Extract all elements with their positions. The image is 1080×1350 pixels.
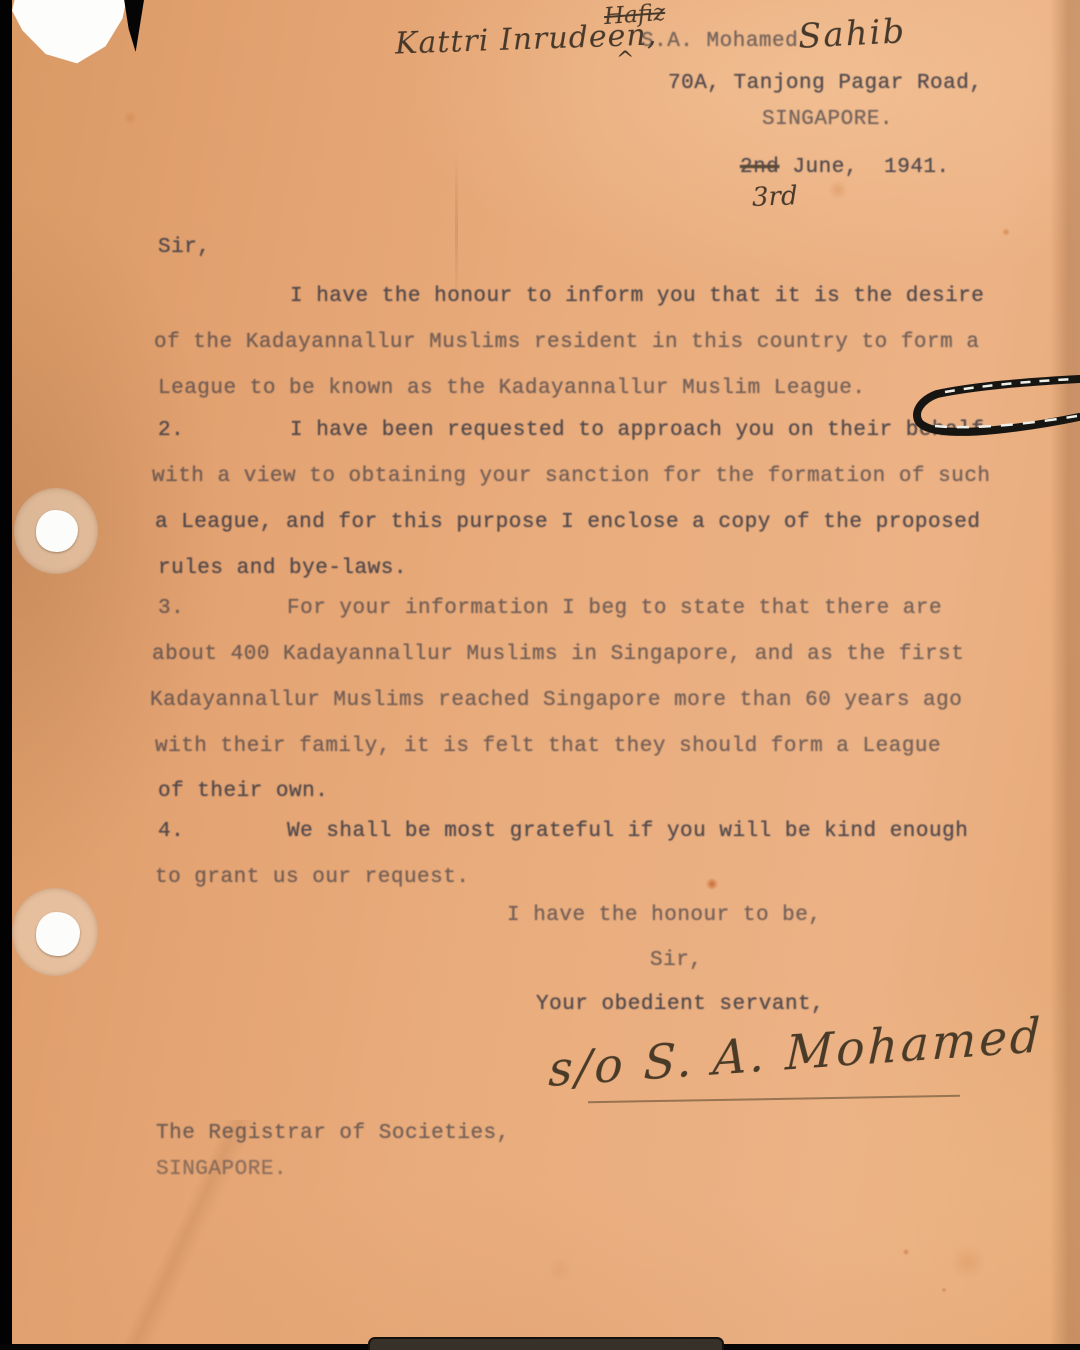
binder-edge-object <box>368 1337 724 1350</box>
date-day-struck: 2nd <box>740 156 779 179</box>
para4-number: 4. <box>158 820 184 843</box>
handwritten-inserted-word: Hafiz <box>603 0 666 30</box>
closing-servant-line: Your obedient servant, <box>536 993 824 1016</box>
insertion-caret-mark: ^ <box>616 48 634 73</box>
para3-line3: Kadayannallur Muslims reached Singapore … <box>150 689 962 712</box>
address-line-1: 70A, Tanjong Pagar Road, <box>668 72 982 95</box>
address-city: SINGAPORE. <box>762 108 893 131</box>
para1-line3: League to be known as the Kadayannallur … <box>158 377 866 400</box>
salutation: Sir, <box>158 236 210 259</box>
punch-hole-center <box>36 912 80 956</box>
paper-crease <box>20 1120 360 1350</box>
scan-left-border <box>0 0 12 1350</box>
closing-honour-line: I have the honour to be, <box>507 904 821 927</box>
para3-line5: of their own. <box>158 780 328 803</box>
footer-registrar-line: The Registrar of Societies, <box>156 1122 510 1145</box>
para2-line2: with a view to obtaining your sanction f… <box>152 465 991 488</box>
para2-number: 2. <box>158 419 184 442</box>
punch-hole-center <box>36 510 78 552</box>
paperclip-mark-icon <box>905 370 1080 450</box>
para2-line4: rules and bye-laws. <box>158 557 407 580</box>
para3-line1: For your information I beg to state that… <box>287 597 942 620</box>
para3-line2: about 400 Kadayannallur Muslims in Singa… <box>152 643 964 666</box>
para3-line4: with their family, it is felt that they … <box>155 735 941 758</box>
para4-line1: We shall be most grateful if you will be… <box>287 820 968 843</box>
date-rest: June, 1941. <box>779 156 949 179</box>
date-line: 2nd June, 1941. <box>740 156 950 179</box>
para3-number: 3. <box>158 597 184 620</box>
paper-right-edge-shadow <box>1050 0 1080 1350</box>
typed-sender-name: S.A. Mohamed <box>641 30 798 53</box>
para1-line2: of the Kadayannallur Muslims resident in… <box>154 331 979 354</box>
scanned-letter-page: Kattri Inrudeen, Hafiz ^ S.A. Mohamed Sa… <box>0 0 1080 1350</box>
footer-city-line: SINGAPORE. <box>156 1158 287 1181</box>
para2-line3: a League, and for this purpose I enclose… <box>155 511 980 534</box>
para1-line1: I have the honour to inform you that it … <box>290 285 984 308</box>
closing-sir-line: Sir, <box>650 949 702 972</box>
handwritten-suffix: Sahib <box>797 11 907 57</box>
para2-line1: I have been requested to approach you on… <box>290 419 984 442</box>
handwritten-date-correction: 3rd <box>751 181 798 213</box>
para4-line2: to grant us our request. <box>155 866 469 889</box>
